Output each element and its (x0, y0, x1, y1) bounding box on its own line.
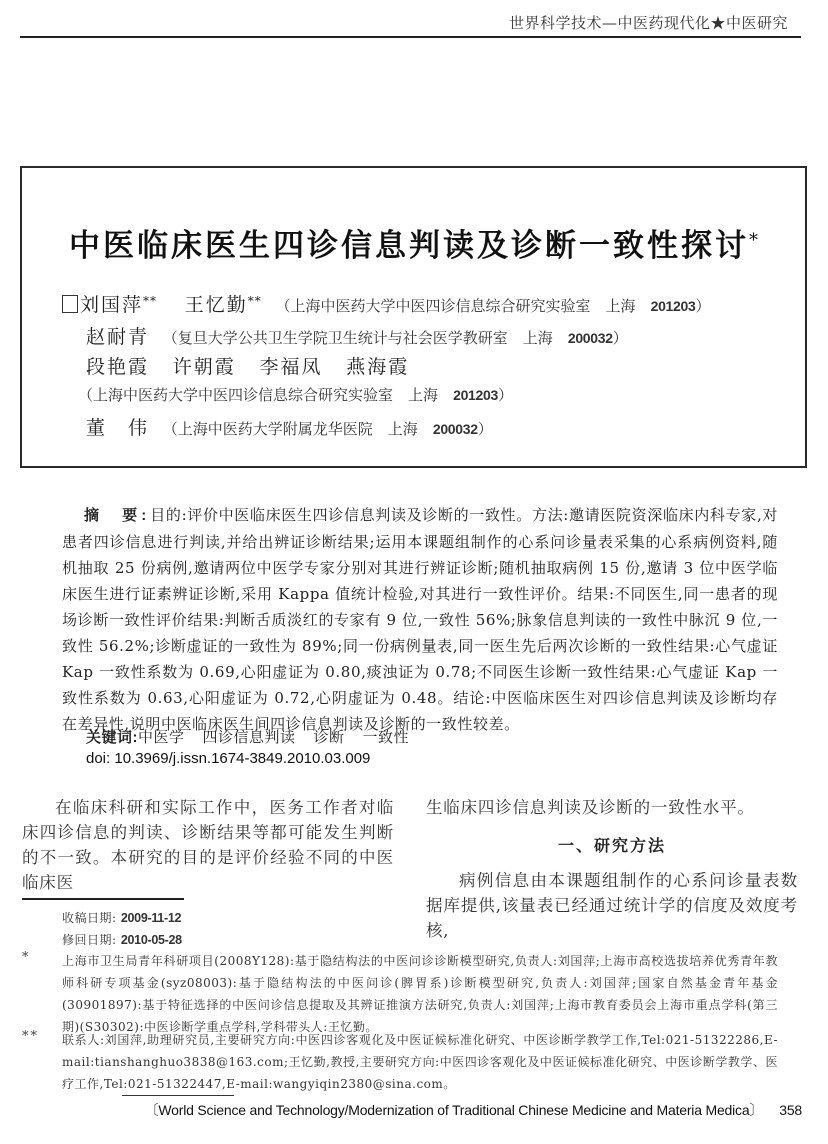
affiliation: （复旦大学公共卫生学院卫生统计与社会医学教研室 上海 200032） (163, 329, 628, 347)
checkbox-icon (62, 295, 78, 313)
affiliation-name: 上海中医药大学中医四诊信息综合研究实验室 (93, 386, 393, 404)
body-paragraph-right-2: 病例信息由本课题组制作的心系问诊量表数据库提供,该量表已经通过统计学的信度及效度… (426, 868, 798, 943)
affiliation-city: 上海 (388, 420, 418, 438)
received-value: 2009-11-12 (121, 911, 181, 925)
keyword: 四诊信息判读 (203, 728, 296, 746)
author-name: 赵耐青 (86, 326, 149, 348)
keyword: 一致性 (363, 728, 410, 746)
affiliation-city: 上海 (408, 386, 438, 404)
author-name: 李福凤 (260, 356, 323, 378)
keyword: 诊断 (314, 728, 345, 746)
affiliation: （上海中医药大学附属龙华医院 上海 200032） (163, 420, 493, 438)
affiliation: （上海中医药大学中医四诊信息综合研究实验室 上海 201203） (276, 297, 711, 315)
author-name: 燕海霞 (346, 356, 409, 378)
author-name: 许朝霞 (173, 356, 236, 378)
author-name: 董 伟 (86, 417, 149, 439)
footer-rule (122, 1095, 234, 1096)
author-mark: ** (248, 294, 262, 308)
author-name: 刘国萍 (80, 294, 143, 316)
revised-date: 修回日期: 2010-05-28 (62, 931, 182, 948)
affiliation-line-3: （上海中医药大学中医四诊信息综合研究实验室 上海 201203） (78, 384, 513, 405)
title-footnote-mark: * (749, 230, 758, 251)
star-icon: ★ (710, 14, 726, 32)
author-line-3: 段艳霞 许朝霞 李福凤 燕海霞 (86, 352, 409, 379)
affiliation-city: 上海 (606, 297, 636, 315)
section-name: 中医研究 (726, 14, 788, 32)
received-label: 收稿日期: (62, 911, 117, 925)
title-box: 中医临床医生四诊信息判读及诊断一致性探讨* 刘国萍** 王忆勤** （上海中医药… (20, 166, 807, 468)
abstract-label: 摘 要: (84, 507, 150, 524)
author-name: 段艳霞 (86, 356, 149, 378)
abstract: 摘 要:目的:评价中医临床医生四诊信息判读及诊断的一致性。方法:邀请医院资深临床… (62, 502, 778, 737)
abstract-text: 目的:评价中医临床医生四诊信息判读及诊断的一致性。方法:邀请医院资深临床内科专家… (62, 506, 778, 733)
body-paragraph-right-1: 生临床四诊信息判读及诊断的一致性水平。 (426, 795, 798, 820)
affiliation-postcode: 201203 (651, 298, 696, 314)
author-line-4: 董 伟 （上海中医药大学附属龙华医院 上海 200032） (86, 413, 493, 440)
revised-label: 修回日期: (62, 933, 117, 947)
affiliation-name: 上海中医药大学附属龙华医院 (178, 420, 373, 438)
affiliation: （上海中医药大学中医四诊信息综合研究实验室 上海 201203） (78, 386, 513, 404)
paper-title: 中医临床医生四诊信息判读及诊断一致性探讨* (22, 220, 805, 265)
journal-name: 世界科学技术—中医药现代化 (509, 14, 711, 32)
keywords: 关键词:中医学四诊信息判读诊断一致性 (86, 726, 427, 747)
author-mark: ** (143, 294, 157, 308)
body-paragraph-left: 在临床科研和实际工作中，医务工作者对临床四诊信息的判读、诊断结果等都可能发生判断… (22, 795, 394, 895)
affiliation-postcode: 201203 (453, 387, 498, 403)
running-header: 世界科学技术—中医药现代化★中医研究 (509, 12, 788, 33)
author-line-1: 刘国萍** 王忆勤** （上海中医药大学中医四诊信息综合研究实验室 上海 201… (62, 290, 711, 317)
affiliation-postcode: 200032 (433, 421, 478, 437)
author-name: 王忆勤 (185, 294, 248, 316)
received-date: 收稿日期: 2009-11-12 (62, 909, 181, 926)
author-line-2: 赵耐青 （复旦大学公共卫生学院卫生统计与社会医学教研室 上海 200032） (86, 322, 628, 349)
contact-footnote: 联系人:刘国萍,助理研究员,主要研究方向:中医四诊客观化及中医证候标准化研究、中… (62, 1029, 778, 1095)
journal-english-name: 〔World Science and Technology/Modernizat… (145, 1102, 764, 1118)
footnote-rule (22, 898, 184, 900)
page-number: 358 (779, 1102, 802, 1118)
page-footer: 〔World Science and Technology/Modernizat… (145, 1100, 802, 1120)
fund-footnote: 上海市卫生局青年科研项目(2008Y128):基于隐结构法的中医问诊诊断模型研究… (62, 950, 778, 1038)
revised-value: 2010-05-28 (121, 933, 182, 947)
affiliation-name: 复旦大学公共卫生学院卫生统计与社会医学教研室 (178, 329, 508, 347)
contact-footnote-mark: ** (22, 1029, 39, 1044)
keywords-label: 关键词: (86, 729, 138, 746)
affiliation-city: 上海 (523, 329, 553, 347)
doi[interactable]: doi: 10.3969/j.issn.1674-3849.2010.03.00… (86, 750, 370, 767)
affiliation-postcode: 200032 (568, 330, 613, 346)
keyword: 中医学 (138, 728, 185, 746)
fund-footnote-mark: * (22, 950, 31, 965)
header-rule (20, 36, 801, 38)
section-heading: 一、研究方法 (426, 833, 798, 856)
affiliation-name: 上海中医药大学中医四诊信息综合研究实验室 (291, 297, 591, 315)
paper-title-text: 中医临床医生四诊信息判读及诊断一致性探讨 (69, 228, 749, 264)
